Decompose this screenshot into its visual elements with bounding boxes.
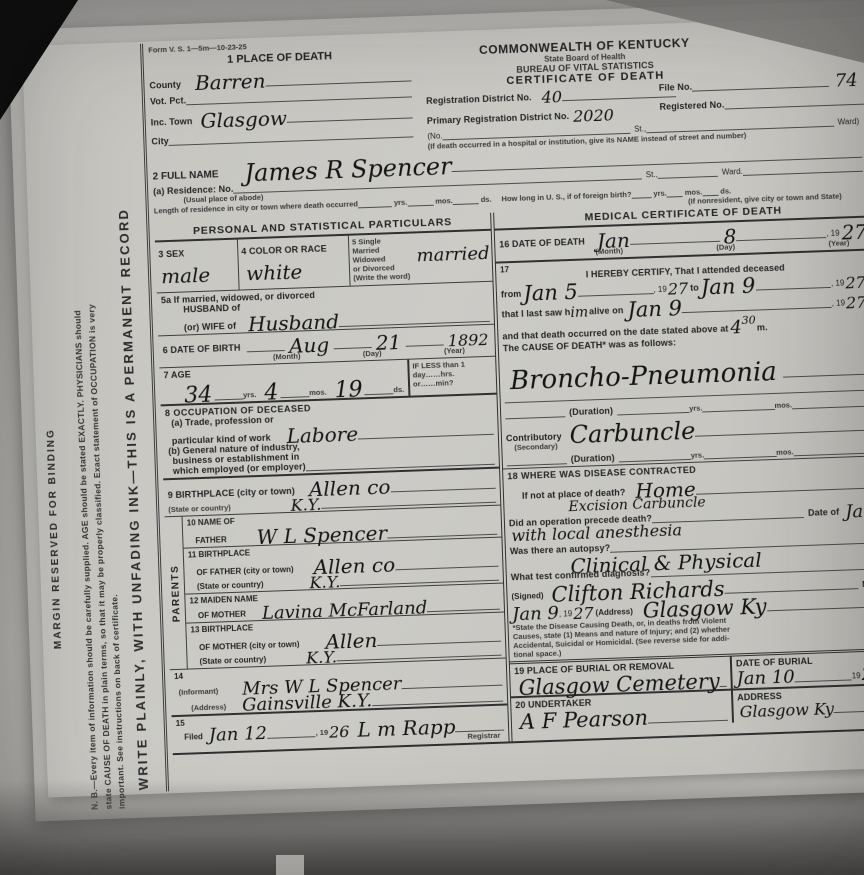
- county-field: County Barren: [149, 63, 411, 90]
- mother-bp-label3: (State or country): [199, 655, 266, 666]
- age-yrs-unit: yrs.: [243, 390, 257, 399]
- registrar-signature: L m Rapp: [357, 714, 456, 741]
- residence-ward-label: Ward.: [722, 167, 743, 177]
- marital-value: married: [416, 243, 490, 267]
- dob-sub-day: (Day): [363, 349, 382, 359]
- burial-year-prefix: 19: [852, 671, 861, 680]
- attended-from-value: Jan 5: [523, 280, 578, 306]
- margin-binding-note: MARGIN RESERVED FOR BINDING: [45, 428, 64, 649]
- burial-date-value: Jan 10: [736, 666, 795, 689]
- ds-unit2: ds.: [720, 186, 731, 195]
- ds-unit: ds.: [481, 195, 492, 204]
- city-field: City: [151, 127, 413, 146]
- occupation-row: 8 OCCUPATION OF DECEASED (a) Trade, prof…: [161, 395, 499, 481]
- signed-address-label: (Address): [595, 607, 633, 617]
- title-block: COMMONWEALTH OF KENTUCKY State Board of …: [410, 30, 864, 152]
- saw-label1: that I last saw h: [501, 307, 570, 319]
- signed-year-prefix: , 19: [559, 609, 573, 618]
- ward-label: Ward): [838, 117, 860, 127]
- father-name-label2: FATHER: [195, 535, 227, 545]
- saw-year-prefix: , 19: [832, 298, 846, 307]
- blank-line: [365, 391, 394, 395]
- race-label: 4 COLOR OR RACE: [241, 243, 327, 256]
- contributory-value: Carbuncle: [569, 417, 696, 449]
- blank-line: [280, 394, 309, 398]
- attended-to-value: Jan 9: [700, 274, 755, 300]
- cause-of-death-row: Broncho-Pneumonia (Duration) yrs. mos.: [499, 342, 864, 421]
- photo-bottom-tab: [276, 855, 304, 875]
- father-bp-label3: (State or country): [197, 580, 264, 591]
- blank-line: [287, 115, 413, 122]
- certify-row: 17 I HEREBY CERTIFY, That I attended dec…: [496, 250, 864, 355]
- age-ds-unit: ds.: [393, 385, 404, 394]
- time-of-death-hour: 4: [730, 317, 742, 338]
- cause-mos-unit: mos.: [774, 400, 792, 410]
- date-of-label: Date of: [808, 507, 840, 518]
- blank-line: [427, 607, 500, 613]
- blank-line: [266, 78, 412, 86]
- sex-cell: 3 SEX male: [155, 240, 239, 293]
- sex-label: 3 SEX: [158, 248, 184, 259]
- blank-line: [692, 84, 829, 92]
- birthplace-sub: (State or country): [168, 503, 231, 514]
- burial-date-cell: DATE OF BURIAL Jan 10 19 27: [730, 651, 864, 688]
- undertaker-value: A F Pearson: [519, 706, 648, 734]
- certify-to-label: to: [690, 283, 699, 293]
- yrs-unit: yrs.: [394, 198, 408, 207]
- file-no-value: 74: [834, 70, 858, 92]
- parents-block: PARENTS 10 NAME OF FATHER W L Spencer: [165, 506, 506, 671]
- marital-cell: 5 Single Married Widowed or Divorced (Wr…: [349, 231, 493, 286]
- blank-line: [578, 291, 654, 297]
- photo-dark-bottom-edge: [0, 780, 864, 875]
- blank-line: [667, 194, 683, 198]
- undertaker-address-cell: ADDRESS Glasgow Ky: [731, 685, 864, 722]
- medical-column: MEDICAL CERTIFICATE OF DEATH 16 DATE OF …: [494, 199, 864, 741]
- undertaker-address-value: Glasgow Ky: [739, 699, 834, 721]
- blank-line: [169, 134, 414, 146]
- blank-line: [372, 699, 503, 707]
- dod-year-prefix: , 19: [826, 229, 840, 238]
- contrib-yrs-unit: yrs.: [691, 450, 705, 459]
- operation-date-value: Jan: [845, 501, 864, 523]
- saw-label2: alive on: [589, 305, 624, 316]
- dod-sub-year: (Year): [828, 238, 849, 248]
- filed-date-value: Jan 12: [208, 723, 267, 746]
- file-no-label: File No.: [659, 82, 693, 93]
- blank-line: [755, 285, 831, 291]
- burial-place-cell: 19 PLACE OF BURIAL OR REMOVAL Glasgow Ce…: [510, 657, 731, 697]
- inc-town-label: Inc. Town: [151, 116, 193, 127]
- blank-line: [648, 718, 728, 724]
- place-of-death-block: 1 PLACE OF DEATH County Barren Vot. Pct.…: [148, 45, 414, 160]
- informant-label: (Informant): [178, 687, 218, 697]
- last-seen-year: 27,: [846, 293, 864, 313]
- race-cell: 4 COLOR OR RACE white: [237, 236, 351, 290]
- file-number-block: File No. 74 Registered No.: [658, 70, 864, 112]
- st-label: St.,: [634, 124, 646, 133]
- cause-duration-label: (Duration): [569, 406, 613, 418]
- sex-value: male: [161, 262, 236, 289]
- last-seen-date: Jan 9: [627, 296, 682, 322]
- time-m-label: m.: [757, 322, 768, 332]
- parents-fields: 10 NAME OF FATHER W L Spencer 11 BIRTHPL…: [183, 506, 506, 669]
- attended-to-year: 27,: [845, 273, 864, 293]
- mother-name-label2: OF MOTHER: [198, 610, 246, 621]
- filed-year-prefix: , 19: [315, 728, 328, 737]
- registration-district-label: Registration District No.: [426, 92, 532, 106]
- certify-to-year-prefix: , 19: [831, 278, 845, 287]
- dob-sub-month: (Month): [273, 351, 301, 361]
- blank-line: [767, 604, 864, 611]
- blank-line: [214, 396, 243, 400]
- inc-town-field: Inc. Town Glasgow: [150, 101, 412, 127]
- filed-year-value: 26: [329, 722, 350, 742]
- dob-sub-year: (Year): [444, 346, 465, 356]
- yrs-unit2: yrs.: [653, 189, 667, 198]
- race-value: white: [246, 258, 347, 285]
- ifless-line3: or……min?: [413, 377, 493, 389]
- age-mos-unit: mos.: [309, 388, 327, 398]
- blank-line: [724, 102, 864, 110]
- cause-yrs-unit: yrs.: [689, 403, 703, 412]
- vot-pct-label: Vot. Pct.: [150, 95, 187, 106]
- registration-district-value: 40: [541, 87, 562, 107]
- time-of-death-minutes: 30: [741, 314, 755, 327]
- mos-unit: mos.: [435, 196, 453, 206]
- inc-town-value: Glasgow: [200, 106, 287, 133]
- saw-him-hw: im: [570, 304, 588, 321]
- personal-column: PERSONAL AND STATISTICAL PARTICULARS 3 S…: [154, 213, 512, 754]
- contrib-mos-unit: mos.: [776, 447, 794, 457]
- certify-from-year-prefix: , 19: [653, 285, 667, 294]
- filed-label: Filed: [184, 732, 203, 742]
- registered-no-field: Registered No.: [659, 95, 864, 112]
- informant-address-label: (Address): [191, 702, 226, 712]
- undertaker-cell: 20 UNDERTAKER A F Pearson: [511, 691, 732, 731]
- county-value: Barren: [195, 69, 266, 95]
- photograph-of-certificate: MARGIN RESERVED FOR BINDING N. B.—Every …: [0, 0, 864, 875]
- blank-line: [720, 684, 727, 687]
- if-less-cell: IF LESS than 1 day……hrs. or……min?: [407, 357, 496, 396]
- blank-line: [834, 708, 864, 713]
- dod-sub-month: (Month): [595, 246, 623, 256]
- contrib-duration-label: (Duration): [571, 453, 615, 465]
- no-paren-label: (No.: [427, 131, 442, 141]
- certify-from-label: from: [501, 289, 522, 300]
- residence-st-label: St.,: [646, 170, 658, 179]
- dod-sub-day: (Day): [716, 242, 735, 252]
- primary-district-value: 2020: [573, 105, 614, 125]
- disease-contracted-row: 18 WHERE WAS DISEASE CONTRACTED If not a…: [503, 455, 864, 661]
- signed-label: (Signed): [511, 591, 543, 601]
- blank-line: [795, 677, 852, 682]
- parents-side-label: PARENTS: [169, 564, 182, 622]
- certificate-form: Form V. S. 1—5m—10-23-25 1 PLACE OF DEAT…: [140, 19, 864, 792]
- death-certificate-document: MARGIN RESERVED FOR BINDING N. B.—Every …: [22, 16, 864, 797]
- spouse-label3: (or) WIFE of: [184, 321, 237, 333]
- county-label: County: [149, 79, 181, 90]
- full-name-label: 2 FULL NAME: [152, 169, 218, 182]
- primary-district-label: Primary Registration District No.: [427, 111, 570, 126]
- main-table: PERSONAL AND STATISTICAL PARTICULARS 3 S…: [154, 199, 864, 755]
- city-label: City: [151, 136, 169, 147]
